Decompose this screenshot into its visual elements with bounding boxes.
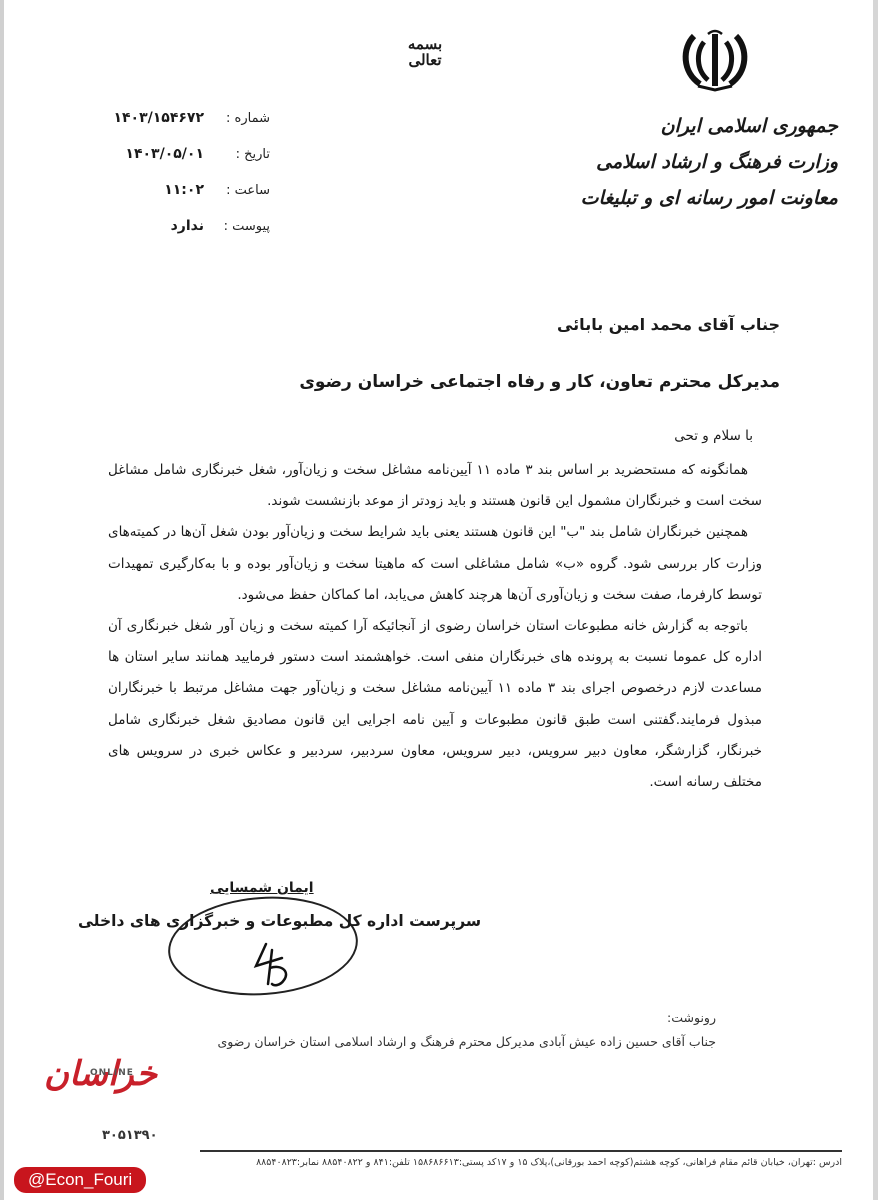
- org-line-deputy: معاونت امور رسانه ای و تبلیغات: [578, 180, 838, 216]
- addressee-name: جناب آقای محمد امین بابائی: [557, 315, 780, 334]
- meta-value: ۱۴۰۳/۱۵۴۶۷۲: [113, 110, 214, 126]
- body-paragraph: همانگونه که مستحضرید بر اساس بند ۳ ماده …: [108, 455, 762, 517]
- meta-label: ساعت :: [214, 183, 270, 198]
- letter-body: همانگونه که مستحضرید بر اساس بند ۳ ماده …: [108, 455, 762, 798]
- meta-number: شماره : ۱۴۰۳/۱۵۴۶۷۲: [90, 100, 270, 136]
- greeting: با سلام و تحی: [674, 428, 753, 444]
- meta-date: تاریخ : ۱۴۰۳/۰۵/۰۱: [90, 136, 270, 172]
- signature-scribble-icon: [248, 940, 294, 988]
- watermark-handle: @Econ_Fouri: [14, 1167, 146, 1193]
- meta-label: شماره :: [214, 111, 270, 126]
- page-edge-left: [0, 0, 4, 1200]
- cc-recipient: جناب آقای حسین زاده عیش آبادی مدیرکل محت…: [217, 1034, 716, 1049]
- meta-value: ۱۱:۰۲: [164, 182, 214, 198]
- meta-value: ۱۴۰۳/۰۵/۰۱: [125, 146, 214, 162]
- body-paragraph: همچنین خبرنگاران شامل بند "ب" این قانون …: [108, 517, 762, 611]
- footer-address: آدرس :تهران، خیابان قائم مقام فراهانی، ک…: [105, 1157, 842, 1168]
- iran-emblem-icon: [680, 28, 750, 92]
- signer-name: ایمان شمسایی: [210, 880, 314, 896]
- cc-label: رونوشت:: [667, 1010, 716, 1025]
- signer-title: سرپرست اداره کل مطبوعات و خبرگزاری های د…: [78, 912, 481, 930]
- page-edge-right: [873, 0, 878, 1200]
- footer-divider: [200, 1150, 842, 1152]
- document-code: ۳۰۵۱۳۹۰: [102, 1128, 158, 1143]
- meta-time: ساعت : ۱۱:۰۲: [90, 172, 270, 208]
- org-line-ministry: وزارت فرهنگ و ارشاد اسلامی: [578, 144, 838, 180]
- basmala: بسمه تعالی: [404, 36, 446, 82]
- meta-attachment: پیوست : ندارد: [90, 208, 270, 244]
- meta-label: پیوست :: [214, 219, 270, 234]
- body-paragraph: باتوجه به گزارش خانه مطبوعات استان خراسا…: [108, 611, 762, 798]
- addressee-title: مدیرکل محترم تعاون، کار و رفاه اجتماعی خ…: [299, 372, 780, 392]
- meta-label: تاریخ :: [214, 147, 270, 162]
- organization-header: جمهوری اسلامی ایران وزارت فرهنگ و ارشاد …: [578, 108, 838, 216]
- meta-value: ندارد: [171, 218, 214, 234]
- org-line-country: جمهوری اسلامی ایران: [578, 108, 838, 144]
- letter-meta: شماره : ۱۴۰۳/۱۵۴۶۷۲ تاریخ : ۱۴۰۳/۰۵/۰۱ س…: [90, 100, 270, 244]
- logo-online-badge: ONLINE: [90, 1068, 134, 1078]
